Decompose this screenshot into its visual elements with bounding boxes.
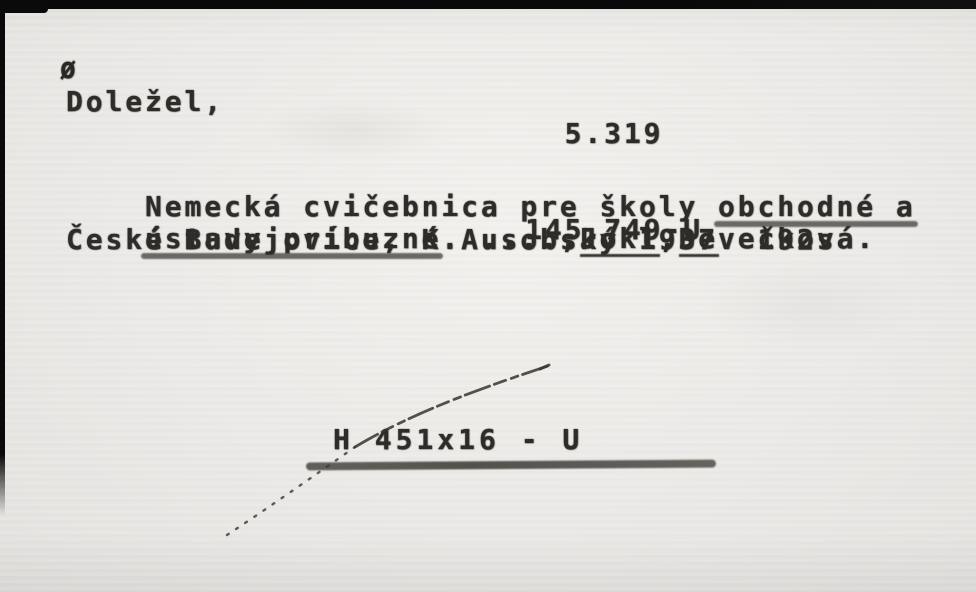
- shelf-number-top: 5.319: [514, 118, 714, 150]
- call-number: H 451x16 - U: [333, 424, 583, 456]
- imprint-line: České Budejovice, K.Ausobský 1937. 192s: [66, 224, 837, 256]
- author-heading: Doležel,: [66, 86, 224, 118]
- pencil-underline: [306, 460, 716, 471]
- paper-smudge: [260, 100, 450, 160]
- catalog-card-scan: ø Doležel, 5.319 145.749-U Nemecká cviče…: [0, 0, 976, 592]
- ink-mark: ø: [60, 51, 76, 87]
- scan-edge-left: [0, 0, 5, 516]
- scan-edge-top: [0, 0, 976, 9]
- scan-edge-corner: [0, 0, 48, 13]
